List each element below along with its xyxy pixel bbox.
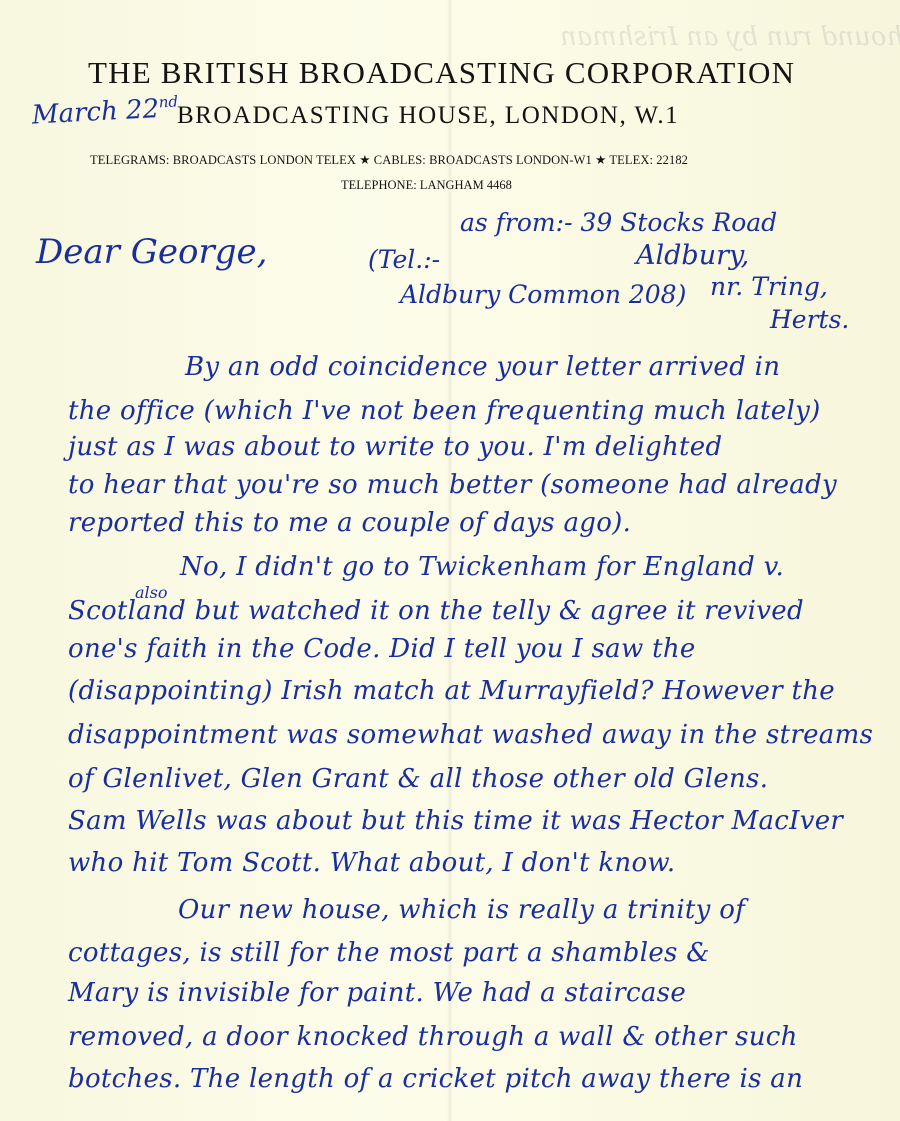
date-text: March 22 (31, 94, 160, 131)
body-line: removed, a door knocked through a wall &… (68, 1022, 798, 1052)
return-address-line3: nr. Tring, (710, 272, 828, 301)
organization-contacts: TELEGRAMS: BROADCASTS LONDON TELEX ★ CAB… (90, 152, 688, 168)
organization-telephone: TELEPHONE: LANGHAM 4468 (341, 178, 512, 193)
letter-date: March 22nd (31, 92, 179, 130)
return-address-line4: Herts. (770, 305, 849, 334)
body-line: Mary is invisible for paint. We had a st… (68, 978, 686, 1008)
body-line: Scotland but watched it on the telly & a… (68, 596, 804, 626)
return-address-tel-label: (Tel.:- (368, 245, 440, 274)
body-line: No, I didn't go to Twickenham for Englan… (180, 552, 784, 582)
body-line: of Glenlivet, Glen Grant & all those oth… (68, 764, 768, 794)
body-line: the office (which I've not been frequent… (68, 396, 821, 426)
body-line: to hear that you're so much better (some… (68, 470, 837, 500)
body-line: By an odd coincidence your letter arrive… (185, 352, 780, 382)
body-line: just as I was about to write to you. I'm… (68, 432, 722, 462)
body-line: botches. The length of a cricket pitch a… (68, 1064, 803, 1094)
body-line: Our new house, which is really a trinity… (178, 895, 745, 925)
return-address-line2: Aldbury, (636, 240, 749, 271)
body-line: one's faith in the Code. Did I tell you … (68, 634, 696, 664)
body-line: Sam Wells was about but this time it was… (68, 806, 843, 836)
body-line: (disappointing) Irish match at Murrayfie… (68, 676, 835, 706)
organization-address: BROADCASTING HOUSE, LONDON, W.1 (177, 102, 679, 130)
body-line: reported this to me a couple of days ago… (68, 508, 631, 538)
body-line: who hit Tom Scott. What about, I don't k… (68, 848, 675, 878)
body-line: cottages, is still for the most part a s… (68, 938, 710, 968)
organization-name: THE BRITISH BROADCASTING CORPORATION (88, 55, 795, 91)
return-address-tel-number: Aldbury Common 208) (400, 280, 686, 309)
date-suffix: nd (158, 92, 178, 111)
bleed-through-text: excellent pub called the Greyhound run b… (560, 22, 900, 52)
letter-page: excellent pub called the Greyhound run b… (0, 0, 900, 1121)
body-line: disappointment was somewhat washed away … (68, 720, 873, 750)
return-address-line1: as from:- 39 Stocks Road (460, 208, 777, 237)
salutation: Dear George, (36, 232, 267, 272)
